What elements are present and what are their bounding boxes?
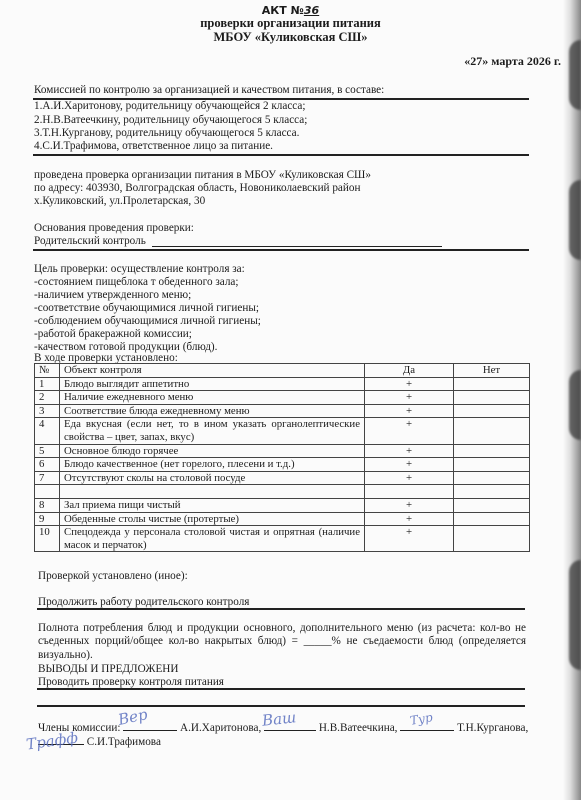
scan-edge-shadow [563,0,581,800]
row-yes: + [365,512,454,526]
row-yes [365,485,454,499]
row-yes: + [365,526,454,552]
commission-member: 2.Н.В.Ватеечкину, родительницу обучающег… [34,114,307,127]
goal-label: Цель проверки: осуществление контроля за… [34,263,245,276]
row-no [454,404,530,418]
row-no [454,526,530,552]
row-object [60,485,365,499]
row-yes: + [365,418,454,444]
row-object: Основное блюдо горячее [60,444,365,458]
row-object: Блюдо качественное (нет горелого, плесен… [60,458,365,472]
divider [37,705,525,707]
row-yes: + [365,377,454,391]
table-row: 8Зал приема пищи чистый+ [35,498,530,512]
basis-value: Родительский контроль [34,235,146,248]
row-yes: + [365,444,454,458]
row-number: 3 [35,404,60,418]
act-date: «27» марта 2026 г. [464,54,561,69]
row-no [454,391,530,405]
signature-field [400,730,454,731]
row-no [454,444,530,458]
table-row: 3Соответствие блюда ежедневному меню+ [35,404,530,418]
row-no [454,485,530,499]
row-number: 2 [35,391,60,405]
document-page: АКТ №36 проверки организации питания МБО… [0,0,581,800]
table-row: 2Наличие ежедневного меню+ [35,391,530,405]
row-object: Соответствие блюда ежедневному меню [60,404,365,418]
inspection-line: проведена проверка организации питания в… [34,169,371,182]
goal-item: -наличием утвержденного меню; [34,289,191,302]
commission-member: 4.С.И.Трафимова, ответственное лицо за п… [34,140,273,153]
inspection-address: х.Куликовский, ул.Пролетарская, 30 [34,195,205,208]
signature-field [264,730,316,731]
header-object: Объект контроля [60,364,365,378]
conclusions-label: ВЫВОДЫ И ПРЕДЛОЖЕНИ [38,663,178,676]
header-no: Нет [454,364,530,378]
row-object: Блюдо выглядит аппетитно [60,377,365,391]
row-object: Спецодежда у персонала столовой чистая и… [60,526,365,552]
row-object: Еда вкусная (если нет, то в ином указать… [60,418,365,444]
row-yes: + [365,458,454,472]
goal-item: -работой бракеражной комиссии; [34,328,192,341]
row-number [35,485,60,499]
row-no [454,471,530,485]
row-yes: + [365,471,454,485]
table-row [35,485,530,499]
basis-label: Основания проведения проверки: [34,222,194,235]
commission-member: 3.Т.Н.Курганову, родительницу обучающего… [34,127,299,140]
commission-member: 1.А.И.Харитонову, родительницу обучающей… [34,100,305,113]
row-no [454,498,530,512]
signer-name: Т.Н.Курганова, [457,722,528,734]
consumption-text: Полнота потребления блюд и продукции осн… [38,622,526,662]
table-header-row: № Объект контроля Да Нет [35,364,530,378]
act-subtitle: проверки организации питания [0,17,581,30]
row-no [454,418,530,444]
control-table: № Объект контроля Да Нет 1Блюдо выглядит… [34,363,530,552]
table-row: 4Еда вкусная (если нет, то в ином указат… [35,418,530,444]
header-yes: Да [365,364,454,378]
commission-intro: Комиссией по контролю за организацией и … [34,84,384,97]
divider [33,249,529,251]
row-number: 8 [35,498,60,512]
row-number: 10 [35,526,60,552]
table-row: 5Основное блюдо горячее+ [35,444,530,458]
signer-name: Н.В.Ватеечкина, [319,722,398,734]
table-row: 6Блюдо качественное (нет горелого, плесе… [35,458,530,472]
signature-field [123,730,177,731]
goal-item: -соблюдением обучающимися личной гигиены… [34,315,261,328]
school-name: МБОУ «Куликовская СШ» [0,31,581,44]
row-number: 7 [35,471,60,485]
row-number: 1 [35,377,60,391]
row-yes: + [365,391,454,405]
table-row: 1Блюдо выглядит аппетитно+ [35,377,530,391]
row-object: Отсутствуют сколы на столовой посуде [60,471,365,485]
row-yes: + [365,404,454,418]
row-object: Наличие ежедневного меню [60,391,365,405]
row-no [454,512,530,526]
table-row: 9Обеденные столы чистые (протертые)+ [35,512,530,526]
divider [37,608,525,610]
table-row: 7Отсутствуют сколы на столовой посуде+ [35,471,530,485]
table-row: 10Спецодежда у персонала столовой чистая… [35,526,530,552]
row-number: 9 [35,512,60,526]
row-yes: + [365,498,454,512]
row-number: 5 [35,444,60,458]
inspection-address: по адресу: 403930, Волгоградская область… [34,182,360,195]
signer-name: А.И.Харитонова, [180,722,261,734]
row-no [454,458,530,472]
row-no [454,377,530,391]
row-number: 4 [35,418,60,444]
goal-item: -состоянием пищеблока т обеденного зала; [34,276,239,289]
consumption-blank: _____ [304,635,332,647]
divider [33,154,529,156]
divider [37,688,525,690]
goal-item: -соответствие обучающимися личной гигиен… [34,302,259,315]
handwritten-signature: Ваш [261,708,297,729]
basis-underline [152,246,442,247]
row-object: Обеденные столы чистые (протертые) [60,512,365,526]
row-number: 6 [35,458,60,472]
handwritten-signature: Трафф [25,728,79,753]
other-label: Проверкой установлено (иное): [38,570,188,583]
signer-name: С.И.Трафимова [87,736,161,748]
header-number: № [35,364,60,378]
row-object: Зал приема пищи чистый [60,498,365,512]
